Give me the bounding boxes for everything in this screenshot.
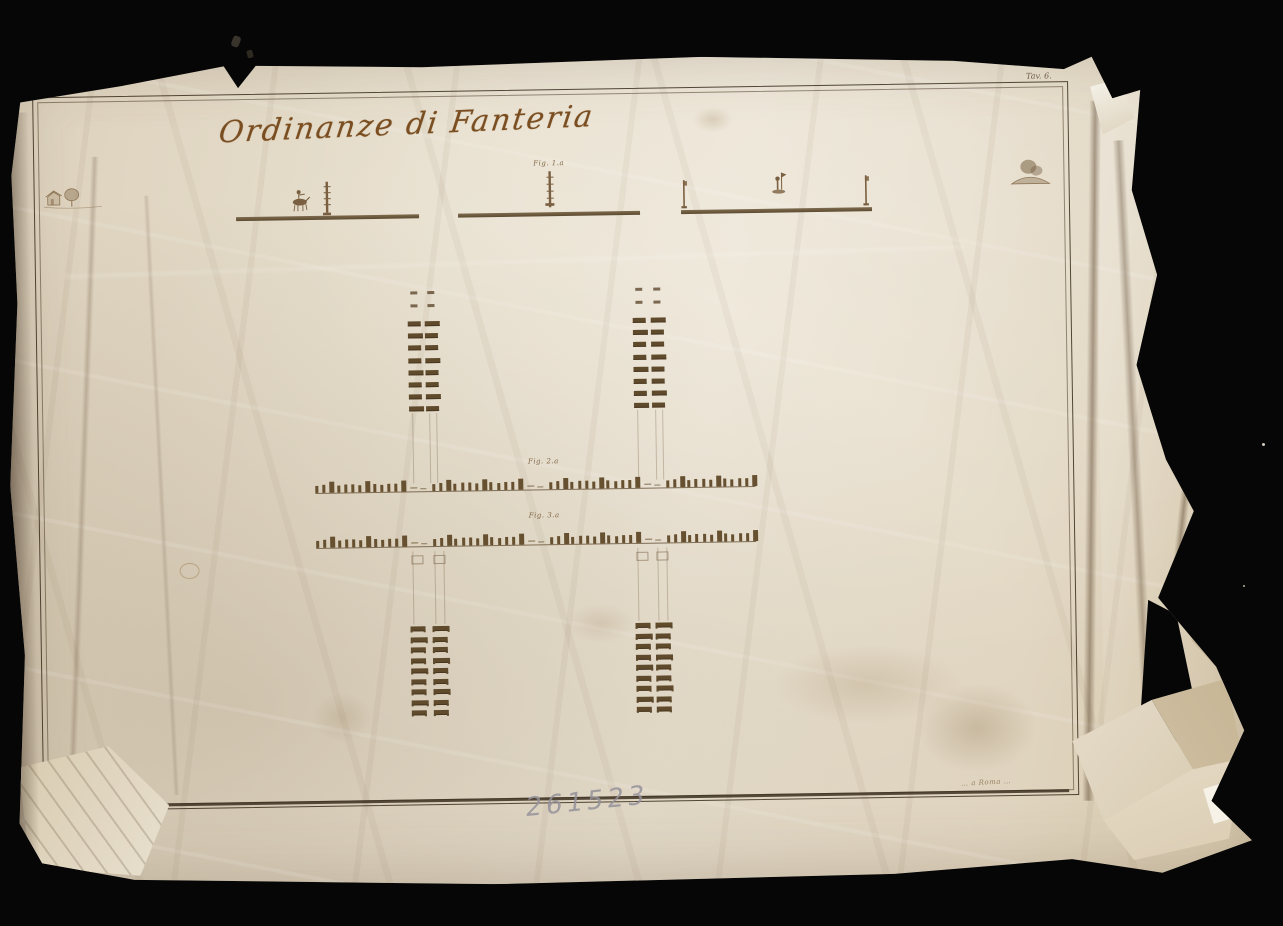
soldier-tick (338, 541, 341, 548)
platoon-foot (448, 661, 450, 663)
soldier-tick (556, 481, 559, 489)
soldier-tick (607, 480, 610, 488)
column-head-mark (427, 304, 434, 307)
soldier-tick (439, 483, 442, 491)
soldier-tick (600, 532, 605, 543)
soldier-tick (454, 484, 457, 491)
dust-speck (1262, 443, 1265, 446)
platoon-foot (411, 651, 413, 653)
platoon-block (408, 346, 421, 351)
soldier-tick (387, 484, 390, 492)
interval-dash (538, 541, 544, 542)
soldier-tick (394, 484, 397, 492)
platoon-foot (671, 626, 673, 628)
soldier-tick (344, 484, 347, 492)
soldier-tick (395, 539, 398, 547)
dust-speck (1243, 585, 1245, 587)
platoon-foot (651, 669, 653, 671)
interval-dash (538, 486, 544, 487)
soldier-tick (455, 539, 458, 546)
platoon-foot (649, 627, 651, 629)
alignment-guide-line (637, 410, 639, 480)
soldier-tick (440, 538, 443, 546)
soldier-tick (512, 537, 515, 545)
column-head-mark (427, 291, 434, 294)
soldier-tick (635, 477, 640, 488)
soldier-tick (345, 539, 348, 547)
platoon-foot (649, 648, 651, 650)
platoon-block (425, 321, 440, 326)
stain (312, 692, 373, 743)
platoon-foot (411, 641, 413, 643)
platoon-foot (424, 683, 426, 685)
platoon-foot (637, 690, 639, 692)
soldier-tick (330, 537, 335, 548)
battle-line-bar (236, 214, 419, 221)
platoon-foot (434, 714, 436, 716)
soldier-tick (315, 486, 318, 493)
platoon-foot (411, 662, 413, 664)
column-head-mark (653, 301, 660, 304)
platoon-block (425, 370, 438, 375)
soldier-tick (710, 535, 713, 542)
guide-head-square (433, 555, 445, 564)
soldier-tick (482, 479, 487, 490)
platoon-foot (657, 690, 659, 692)
aged-paper-sheet: Ordinanze di Fanteria Tav. 6. Fig. 1.a (2, 38, 1260, 892)
soldier-tick (358, 485, 361, 492)
battle-line-bar (681, 207, 872, 214)
soldier-tick (491, 537, 494, 545)
platoon-block (651, 330, 664, 335)
platoon-block (408, 333, 423, 338)
platoon-block (426, 382, 439, 387)
soldier-tick (468, 483, 471, 491)
platoon-block (633, 354, 646, 359)
platoon-foot (434, 693, 436, 695)
platoon-foot (636, 679, 638, 681)
platoon-foot (447, 714, 449, 716)
platoon-foot (637, 711, 639, 713)
platoon-foot (636, 637, 638, 639)
soldier-tick (666, 480, 669, 487)
platoon-foot (636, 648, 638, 650)
platoon-foot (656, 679, 658, 681)
interval-dash (654, 485, 660, 486)
platoon-foot (657, 711, 659, 713)
soldier-tick (724, 533, 727, 541)
platoon-foot (669, 679, 671, 681)
platoon-block (633, 318, 646, 323)
soldier-tick (563, 478, 568, 489)
soldier-tick (593, 537, 596, 544)
soldier-tick (557, 536, 560, 544)
platoon-foot (412, 704, 414, 706)
soldier-tick (680, 476, 685, 487)
interval-dash (528, 541, 535, 542)
platoon-block (652, 391, 667, 396)
soldier-tick (723, 478, 726, 486)
column-head-mark (410, 291, 417, 294)
platoon-block (408, 321, 421, 326)
platoon-foot (433, 641, 435, 643)
soldier-tick (673, 479, 676, 487)
soldier-tick (497, 483, 500, 490)
column-head-mark (653, 288, 660, 291)
soldier-tick (579, 536, 582, 544)
battle-line-bar (458, 211, 640, 218)
soldier-tick (667, 535, 670, 542)
platoon-foot (425, 714, 427, 716)
platoon-foot (670, 700, 672, 702)
soldier-tick (688, 535, 691, 542)
alignment-guide-line (662, 409, 664, 479)
column-head-mark (635, 288, 642, 291)
soldier-tick (628, 480, 631, 488)
soldier-tick (316, 541, 319, 548)
platoon-foot (426, 672, 428, 674)
paper-debris (230, 35, 241, 48)
soldier-tick (702, 479, 705, 487)
platoon-block (425, 358, 440, 363)
soldier-tick (323, 540, 326, 548)
soldier-tick (717, 531, 722, 542)
platoon-block (409, 407, 424, 412)
paper-debris (246, 49, 254, 58)
soldier-tick (592, 482, 595, 489)
platoon-foot (636, 669, 638, 671)
soldier-tick (746, 533, 749, 541)
soldier-tick (578, 481, 581, 489)
soldier-tick (337, 486, 340, 493)
column-head-mark (410, 304, 417, 307)
platoon-block (426, 394, 441, 399)
platoon-foot (433, 662, 435, 664)
platoon-foot (636, 658, 638, 660)
platoon-foot (446, 651, 448, 653)
platoon-foot (424, 662, 426, 664)
platoon-foot (433, 651, 435, 653)
soldier-tick (607, 535, 610, 543)
soldier-tick (351, 484, 354, 492)
soldier-tick (519, 534, 524, 545)
soldier-tick (621, 480, 624, 488)
soldier-tick (388, 539, 391, 547)
platoon-block (409, 394, 422, 399)
stain (692, 106, 732, 133)
platoon-foot (446, 682, 448, 684)
soldier-tick (505, 537, 508, 545)
soldier-tick (738, 478, 741, 486)
soldier-tick (586, 536, 589, 544)
soldier-tick (636, 532, 641, 543)
soldier-tick (629, 535, 632, 543)
soldier-tick (731, 479, 734, 486)
soldier-tick (709, 480, 712, 487)
alignment-guide-line (429, 413, 431, 483)
platoon-foot (669, 647, 671, 649)
interval-dash (422, 543, 428, 544)
soldier-tick (695, 534, 698, 542)
platoon-foot (433, 672, 435, 674)
soldier-tick (447, 535, 452, 546)
soldier-tick (703, 534, 706, 542)
soldier-tick (498, 538, 501, 545)
soldier-tick (571, 482, 574, 489)
soldier-tick (432, 484, 435, 491)
platoon-block (651, 366, 664, 371)
column-head-mark (635, 301, 642, 304)
alignment-guide-line (655, 410, 657, 480)
interval-dash (411, 487, 418, 488)
soldier-tick (380, 485, 383, 492)
soldier-tick (366, 481, 371, 492)
platoon-foot (657, 700, 659, 702)
soldier-tick (599, 477, 604, 488)
soldier-tick (402, 481, 407, 492)
soldier-tick (433, 539, 436, 546)
soldier-tick (716, 476, 721, 487)
soldier-tick (518, 479, 523, 490)
soldier-tick (446, 480, 451, 491)
soldier-tick (687, 480, 690, 487)
interval-dash (528, 486, 535, 487)
platoon-block (652, 378, 665, 383)
soldier-tick (504, 482, 507, 490)
soldier-tick (483, 534, 488, 545)
platoon-foot (424, 651, 426, 653)
platoon-foot (671, 658, 673, 660)
platoon-foot (649, 679, 651, 681)
soldier-tick (564, 533, 569, 544)
interval-dash (655, 540, 661, 541)
platoon-block (634, 403, 649, 408)
soldier-tick (681, 531, 686, 542)
platoon-foot (649, 658, 651, 660)
soldier-tick (461, 483, 464, 491)
platoon-foot (656, 648, 658, 650)
alignment-guide-line (412, 413, 414, 483)
platoon-foot (669, 637, 671, 639)
platoon-foot (446, 640, 448, 642)
platoon-foot (434, 704, 436, 706)
soldier-tick (490, 482, 493, 490)
soldier-tick (462, 538, 465, 546)
soldier-tick (475, 483, 478, 490)
platoon-foot (669, 668, 671, 670)
platoon-block (652, 403, 665, 408)
soldier-tick (381, 540, 384, 547)
platoon-foot (670, 710, 672, 712)
soldier-tick (549, 482, 552, 489)
soldier-tick (366, 536, 371, 547)
interval-dash (645, 539, 652, 540)
soldier-tick (745, 478, 748, 486)
guide-head-square (656, 551, 668, 560)
interval-dash (644, 484, 651, 485)
platoon-foot (427, 704, 429, 706)
platoon-block (633, 330, 648, 335)
soldier-tick (402, 536, 407, 547)
soldier-tick (739, 533, 742, 541)
soldier-tick (373, 484, 376, 492)
platoon-block (408, 358, 421, 363)
crumpled-corner (1051, 638, 1260, 876)
soldier-tick (585, 481, 588, 489)
platoon-foot (412, 714, 414, 716)
soldier-tick (359, 540, 362, 547)
platoon-foot (411, 672, 413, 674)
soldier-tick (476, 538, 479, 545)
soldier-tick (622, 535, 625, 543)
platoon-block (651, 342, 664, 347)
platoon-foot (447, 703, 449, 705)
platoon-foot (672, 689, 674, 691)
soldier-tick (374, 539, 377, 547)
platoon-block (425, 333, 438, 338)
platoon-foot (656, 669, 658, 671)
photo-of-engraved-plate: { "photo": { "background_color": "#06060… (0, 0, 1283, 926)
soldier-tick (752, 475, 757, 486)
soldier-tick (469, 537, 472, 545)
interval-dash (412, 542, 419, 543)
guide-head-square (636, 552, 648, 561)
guide-head-square (411, 555, 423, 564)
platoon-foot (426, 641, 428, 643)
alignment-guide-line (436, 413, 438, 483)
platoon-block (634, 391, 647, 396)
platoon-block (426, 406, 439, 411)
platoon-foot (448, 630, 450, 632)
platoon-foot (449, 693, 451, 695)
platoon-foot (424, 630, 426, 632)
stain (916, 682, 1037, 774)
platoon-foot (652, 700, 654, 702)
soldier-tick (571, 537, 574, 544)
platoon-foot (412, 693, 414, 695)
platoon-block (409, 382, 422, 387)
platoon-foot (433, 683, 435, 685)
soldier-tick (614, 481, 617, 488)
soldier-tick (352, 539, 355, 547)
soldier-tick (695, 479, 698, 487)
platoon-block (425, 345, 438, 350)
soldier-tick (674, 534, 677, 542)
soldier-tick (322, 485, 325, 493)
interval-dash (421, 488, 427, 489)
platoon-foot (446, 672, 448, 674)
soldier-tick (511, 482, 514, 490)
soldier-tick (550, 537, 553, 544)
platoon-foot (656, 658, 658, 660)
platoon-foot (656, 627, 658, 629)
platoon-foot (656, 637, 658, 639)
soldier-tick (731, 534, 734, 541)
platoon-block (633, 367, 648, 372)
soldier-tick (615, 536, 618, 543)
platoon-foot (650, 690, 652, 692)
platoon-block (634, 379, 647, 384)
platoon-foot (637, 700, 639, 702)
platoon-block (651, 317, 666, 322)
platoon-foot (433, 630, 435, 632)
platoon-foot (411, 683, 413, 685)
platoon-block (408, 370, 423, 375)
platoon-foot (425, 693, 427, 695)
platoon-block (633, 342, 646, 347)
soldier-tick (330, 482, 335, 493)
platoon-block (651, 354, 666, 359)
platoon-foot (651, 637, 653, 639)
stain (565, 603, 636, 644)
platoon-foot (650, 711, 652, 713)
platoon-foot (636, 627, 638, 629)
platoon-foot (411, 630, 413, 632)
soldier-tick (753, 530, 758, 541)
